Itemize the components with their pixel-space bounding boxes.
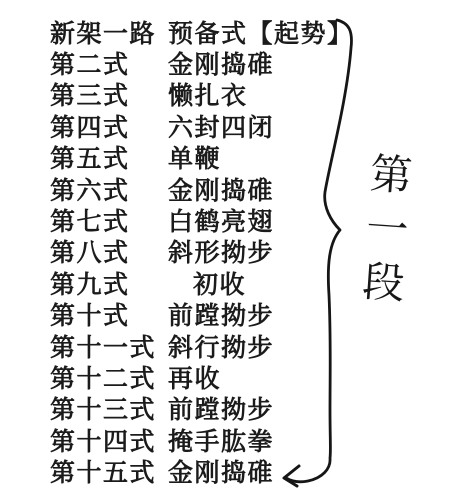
list-item: 第十一式 斜行拗步 bbox=[50, 330, 354, 361]
list-item: 第二式 金刚捣碓 bbox=[50, 47, 354, 78]
form-list: 新架一路 预备式【起势】 第二式 金刚捣碓 第三式 懒扎衣 第四式 六封四闭 第… bbox=[50, 16, 354, 487]
list-item: 第三式 懒扎衣 bbox=[50, 79, 354, 110]
list-item: 第十二式 再收 bbox=[50, 361, 354, 392]
list-item: 第六式 金刚捣碓 bbox=[50, 173, 354, 204]
list-item: 第四式 六封四闭 bbox=[50, 110, 354, 141]
list-item: 第十五式 金刚捣碓 bbox=[50, 455, 354, 486]
handwritten-section-label: 第一段 bbox=[357, 151, 410, 316]
list-item: 第七式 白鹤亮翅 bbox=[50, 204, 354, 235]
list-item: 第十式 前蹚拗步 bbox=[50, 299, 354, 330]
list-item: 新架一路 预备式【起势】 bbox=[50, 16, 354, 47]
scanned-book-page: 新架一路 预备式【起势】 第二式 金刚捣碓 第三式 懒扎衣 第四式 六封四闭 第… bbox=[0, 0, 457, 495]
list-item: 第五式 单鞭 bbox=[50, 142, 354, 173]
form-number: 第十五式 bbox=[50, 453, 168, 489]
list-item: 第十三式 前蹚拗步 bbox=[50, 393, 354, 424]
form-name: 金刚捣碓 bbox=[168, 453, 274, 489]
list-item: 第九式 初收 bbox=[50, 267, 354, 298]
list-item: 第十四式 掩手肱拳 bbox=[50, 424, 354, 455]
list-item: 第八式 斜形拗步 bbox=[50, 236, 354, 267]
